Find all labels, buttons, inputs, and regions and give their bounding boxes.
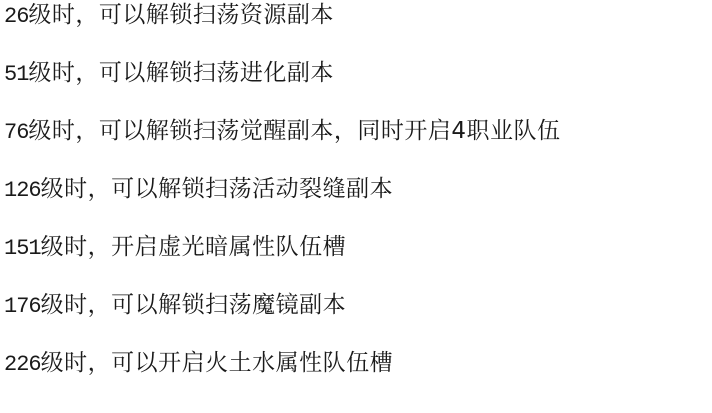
unlock-line: 151级时，开启虚光暗属性队伍槽 <box>4 232 712 290</box>
unlock-line: 126级时，可以解锁扫荡活动裂缝副本 <box>4 174 712 232</box>
unlock-line: 51级时，可以解锁扫荡进化副本 <box>4 58 712 116</box>
unlock-text: 级时，可以开启火土水属性队伍槽 <box>41 350 394 376</box>
unlock-text: 级时，可以解锁扫荡资源副本 <box>28 2 334 28</box>
unlock-line: 76级时，可以解锁扫荡觉醒副本，同时开启4职业队伍 <box>4 116 712 174</box>
unlock-line: 176级时，可以解锁扫荡魔镜副本 <box>4 290 712 348</box>
level-number: 226 <box>4 352 41 377</box>
level-number: 76 <box>4 120 28 145</box>
unlock-line: 226级时，可以开启火土水属性队伍槽 <box>4 348 712 406</box>
unlock-text: 级时，可以解锁扫荡魔镜副本 <box>41 292 347 318</box>
level-number: 26 <box>4 4 28 29</box>
level-number: 176 <box>4 294 41 319</box>
level-number: 51 <box>4 62 28 87</box>
unlock-text: 级时，可以解锁扫荡活动裂缝副本 <box>41 176 394 202</box>
level-number: 126 <box>4 178 41 203</box>
unlock-text: 级时，可以解锁扫荡觉醒副本，同时开启4职业队伍 <box>28 118 560 144</box>
unlock-list: 26级时，可以解锁扫荡资源副本 51级时，可以解锁扫荡进化副本 76级时，可以解… <box>4 0 712 406</box>
unlock-text: 级时，可以解锁扫荡进化副本 <box>28 60 334 86</box>
unlock-text: 级时，开启虚光暗属性队伍槽 <box>41 234 347 260</box>
unlock-line: 26级时，可以解锁扫荡资源副本 <box>4 0 712 58</box>
level-number: 151 <box>4 236 41 261</box>
